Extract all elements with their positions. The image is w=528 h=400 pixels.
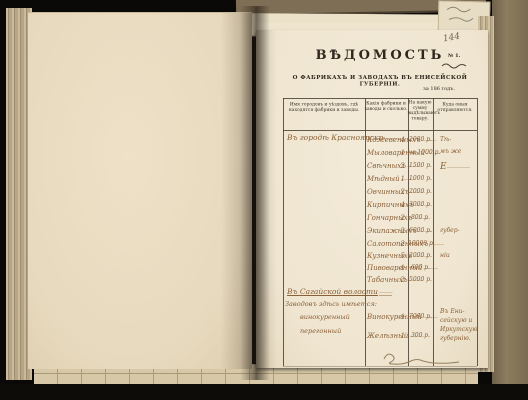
factory-sum: 2000 р. [408,188,433,195]
report-title: ВѢДОМОСТЬ [283,48,477,63]
destination-note: мъ же [440,148,461,155]
destination-note: губер- [440,227,460,234]
column-header-sum: На какую сумму выдѣлываютъ товару. [408,100,433,121]
factory-count: 4 [391,201,405,209]
factory-sum: на 1000 р. [408,149,433,156]
factory-count: 1 [391,332,405,340]
factory-row: Кирпичныхъ 4 3000 р. [283,201,477,214]
section-heading-volost: Въ Сагайской волости [287,287,392,296]
factory-sum: 7000 р. [408,313,433,320]
table-bottom-rule [283,366,477,367]
year-line: за 186 годъ. [395,86,455,92]
factory-count: 2 [391,240,405,248]
factory-sum: 800 р. [408,214,433,221]
archival-photo: 144 № 1. ВѢДОМОСТЬ О ФАБРИКАХЪ И ЗАВОДАХ… [0,0,528,400]
factory-count: 2 [391,188,405,196]
factory-count: 1 [391,175,405,183]
factory-sum: 1000 р. [408,175,433,182]
factory-count: 1 [391,264,405,272]
factory-count: 2 [391,214,405,222]
factory-row: Мѣдный 1 1000 р. [283,175,477,188]
factory-row: Овчинныхъ 2 2000 р. [283,188,477,201]
destination-line: сейскую и [440,317,472,324]
factory-row: Гончарныхъ 2 800 р. [283,214,477,227]
factory-sum: 2000 р. [408,136,433,143]
factory-count: 2 [391,276,405,284]
factory-sum: 600 р. [408,264,433,271]
destination-line: губернію. [440,335,471,342]
table-top-rule [283,98,477,99]
signature-flourish [378,348,462,366]
factory-sum: 2000 р. [408,252,433,259]
table-header-rule [283,130,477,131]
destination-line: Въ Ени- [440,308,465,315]
factory-sum: 3000 р. [408,201,433,208]
book-gutter-shadow [240,6,270,380]
factory-count: 5 [391,252,405,260]
destination-note: Е [440,162,469,172]
destination-note: ніи [440,252,450,259]
column-header-factories: Какія фабрики и заводы и сколько. [365,101,408,112]
factory-count: 4 [391,136,405,144]
column-header-locations: Имя городовъ и уѣздовъ, гдѣ находятся фа… [283,102,365,113]
note-line: Заводовъ здѣсь имѣется: [285,300,377,308]
factory-sum: 300 р. [408,332,433,339]
factory-sum: 10000 р. [408,240,433,247]
factory-count: 1 [391,313,405,321]
column-header-destination: Куда оныя отправляются. [433,102,477,113]
destination-note: Тѣ- [440,136,451,143]
factory-count: 1 [391,149,405,157]
factory-sum: 1500 р. [408,162,433,169]
factory-count: 2 [391,227,405,235]
factory-sum: 6000 р. [408,227,433,234]
table-surface [492,0,528,400]
shadow-below-book [0,384,528,400]
factory-sum: 5000 р. [408,276,433,283]
factory-count: 2 [391,162,405,170]
destination-line: Иркутскую [440,326,478,333]
left-blank-page [28,12,252,369]
doc-number-scribble [441,62,467,69]
